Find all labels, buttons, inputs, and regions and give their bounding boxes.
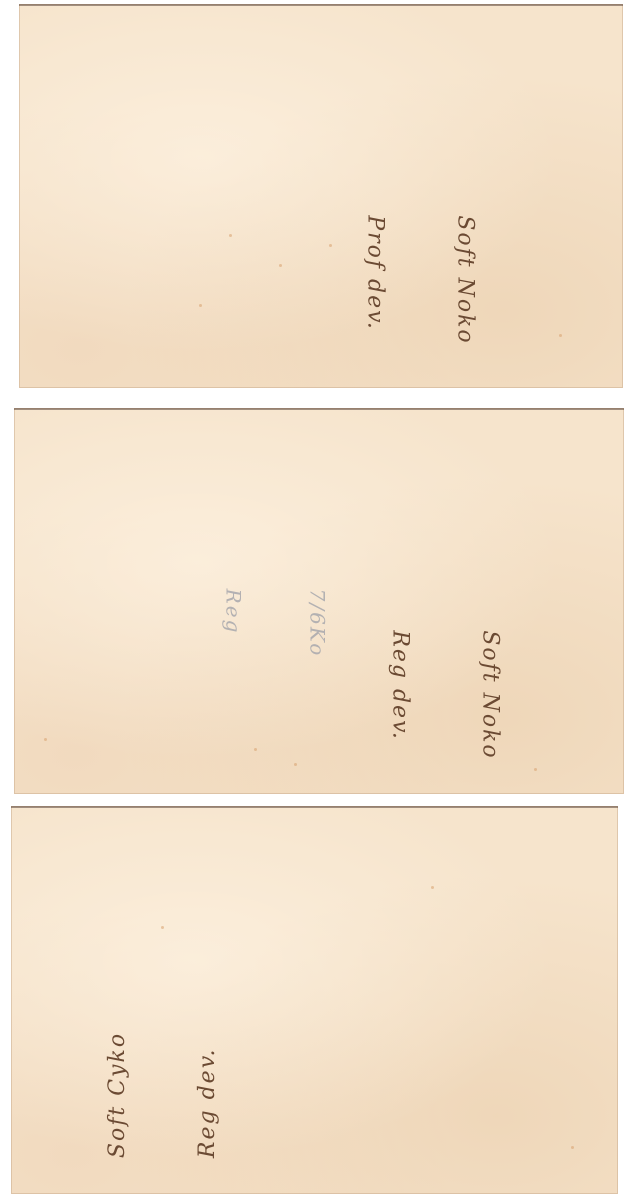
note-line: Reg dev. xyxy=(385,630,415,759)
note-line: 7/6Ko xyxy=(303,589,331,658)
handwritten-note-top: Soft Noko Prof dev. xyxy=(330,215,540,344)
stain-speck xyxy=(571,1146,574,1149)
note-line: Reg xyxy=(219,589,247,658)
stain-speck xyxy=(431,886,434,889)
handwritten-note-bottom: Soft Cyko Reg dev. xyxy=(43,1032,253,1158)
stain-speck xyxy=(199,304,202,307)
stain-speck xyxy=(254,748,257,751)
handwritten-note-middle: Soft Noko Reg dev. xyxy=(355,630,565,759)
stain-speck xyxy=(294,763,297,766)
stain-speck xyxy=(534,768,537,771)
note-line: Soft Noko xyxy=(475,630,505,759)
note-line: Soft Cyko xyxy=(103,1032,133,1158)
note-line: Soft Noko xyxy=(450,215,480,344)
stain-speck xyxy=(559,334,562,337)
stain-speck xyxy=(161,926,164,929)
stain-speck xyxy=(44,738,47,741)
note-line: Reg dev. xyxy=(193,1032,223,1158)
stain-speck xyxy=(279,264,282,267)
note-line: Prof dev. xyxy=(360,215,390,344)
stain-speck xyxy=(229,234,232,237)
